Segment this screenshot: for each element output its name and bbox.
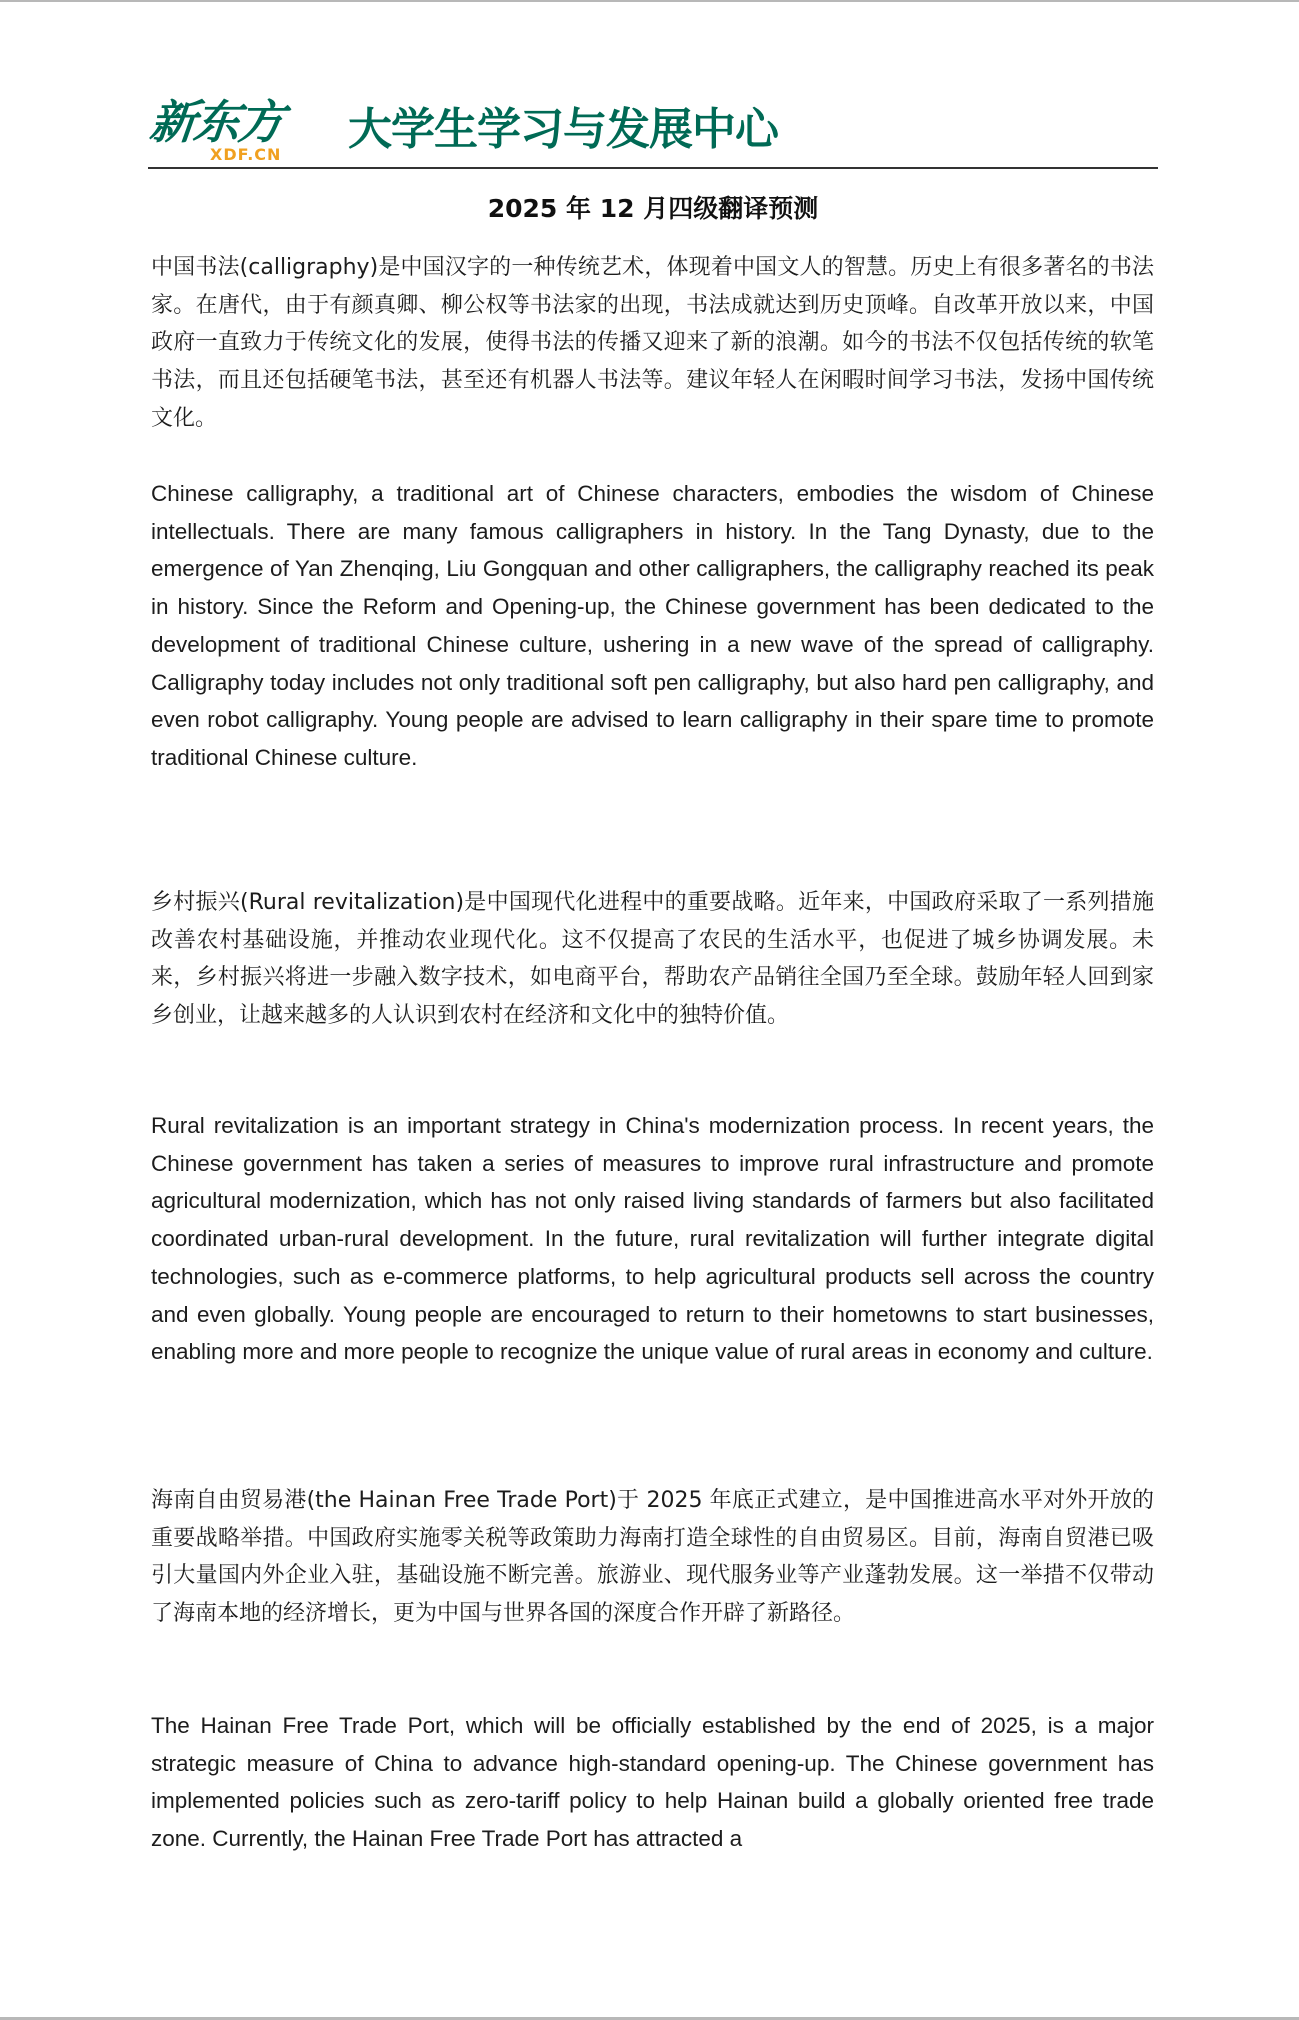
- page-edge-top: [0, 0, 1299, 2]
- hainan-english-paragraph: The Hainan Free Trade Port, which will b…: [151, 1707, 1154, 1858]
- logo-wordmark: 新东方: [147, 96, 284, 148]
- rural-revitalization-chinese-paragraph: 乡村振兴(Rural revitalization)是中国现代化进程中的重要战略…: [151, 884, 1154, 1035]
- document-title: 2025 年 12 月四级翻译预测: [148, 190, 1158, 228]
- center-name: 大学生学习与发展中心: [348, 104, 778, 156]
- header-divider: [148, 167, 1158, 169]
- rural-revitalization-english-paragraph: Rural revitalization is an important str…: [151, 1107, 1154, 1371]
- calligraphy-chinese-paragraph: 中国书法(calligraphy)是中国汉字的一种传统艺术，体现着中国文人的智慧…: [151, 249, 1154, 438]
- calligraphy-english-paragraph: Chinese calligraphy, a traditional art o…: [151, 475, 1154, 777]
- xdf-logo: 新东方 XDF.CN: [150, 100, 320, 164]
- document-header: 新东方 XDF.CN 大学生学习与发展中心: [148, 96, 1158, 168]
- logo-url: XDF.CN: [210, 146, 281, 164]
- hainan-chinese-paragraph: 海南自由贸易港(the Hainan Free Trade Port)于 202…: [151, 1482, 1154, 1633]
